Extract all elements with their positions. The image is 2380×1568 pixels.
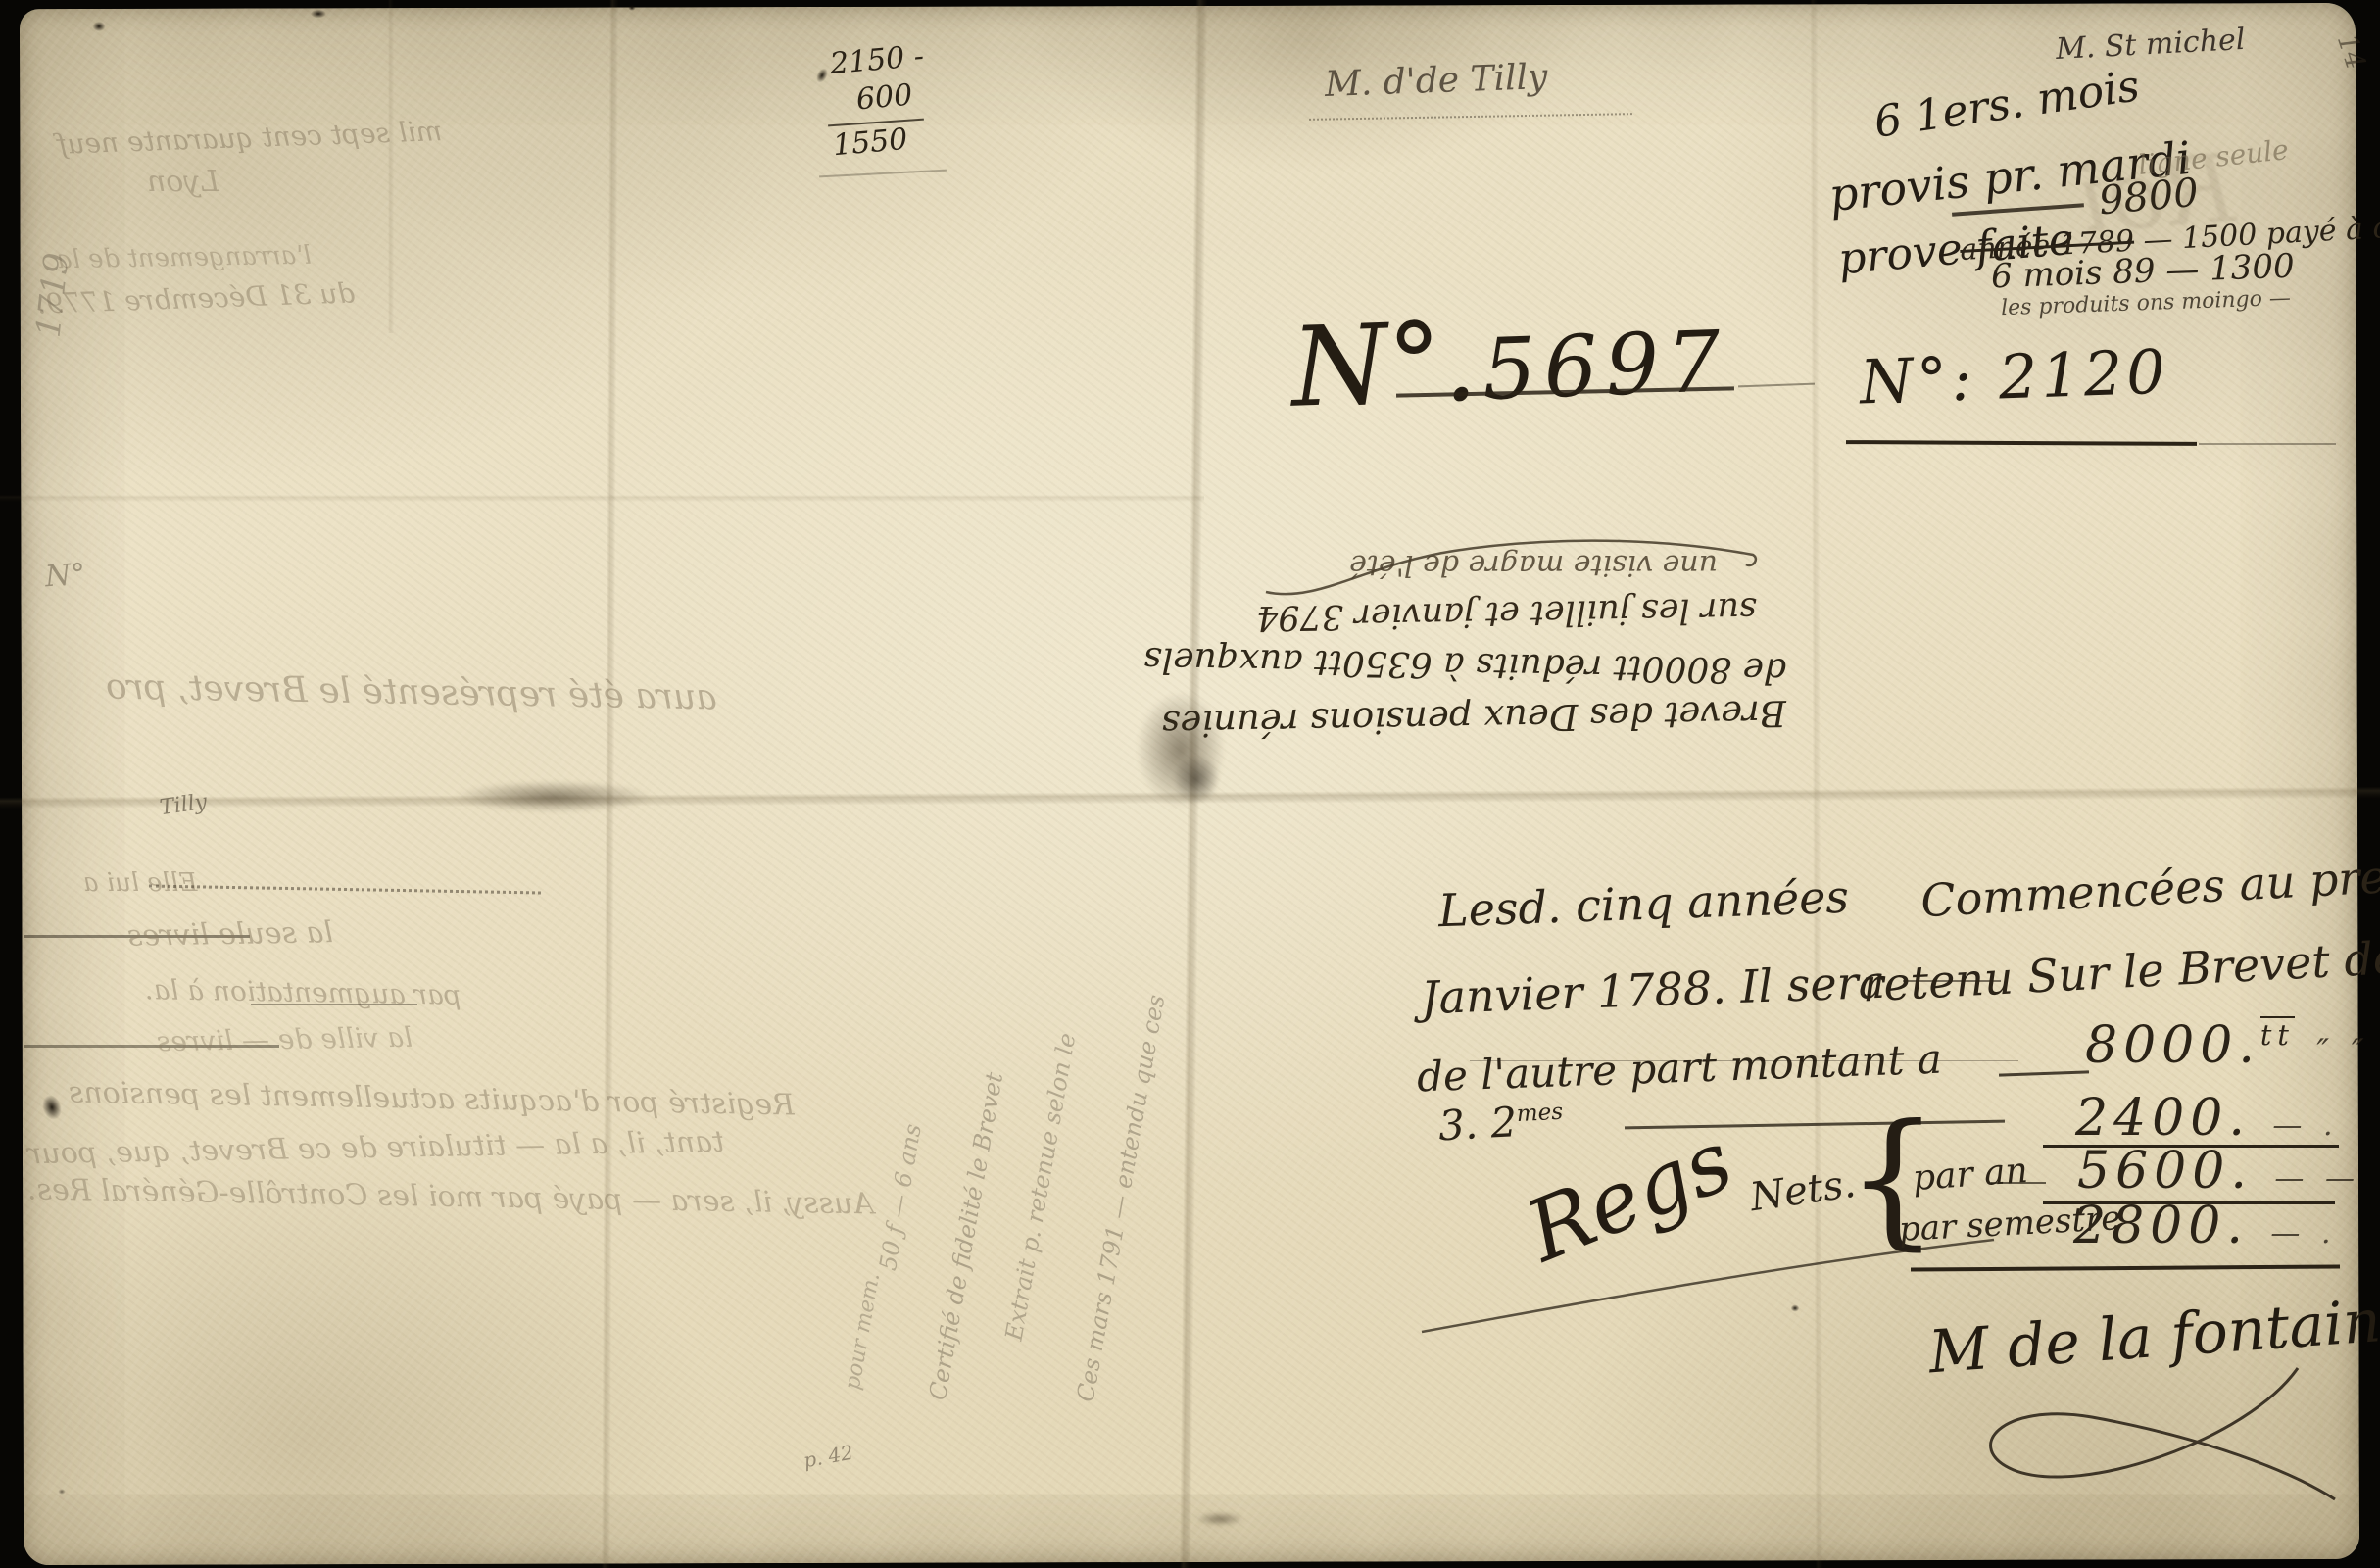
signature-flourish xyxy=(1945,1360,2356,1517)
bleed-line: Lyon xyxy=(147,167,219,198)
row4-sup: mes xyxy=(1516,1100,1564,1127)
fold-crease-horizontal-faint xyxy=(0,495,1204,502)
account-row3-ruled-line xyxy=(1470,1060,2018,1061)
bleed-line: la seule livres xyxy=(127,917,334,952)
account-amount-2400: 2400. — . xyxy=(2075,1092,2338,1146)
inverted-note-block: Brevet des Deux pensions réunies de 8000… xyxy=(1252,549,1786,736)
amount-8000-trail: ″ ″ xyxy=(2316,1032,2369,1071)
amount-5600-trail: — — xyxy=(2274,1161,2360,1196)
account-amount-2800: 2800. — . xyxy=(2073,1200,2336,1253)
amount-2400-trail: — . xyxy=(2272,1108,2338,1143)
ink-stain xyxy=(627,4,637,12)
inverted-line-3: sur les juillet et janvier 3794 xyxy=(1252,591,1758,636)
photo-background: 2150 - 600 1550 M. d'de Tilly M. St mich… xyxy=(0,0,2380,1568)
bleed-line: Elle lui a xyxy=(83,870,197,897)
account-per-year-label: par an xyxy=(1912,1152,2029,1198)
bleed-dash xyxy=(251,1004,417,1005)
annotation-amount-9800: 9800 xyxy=(2097,172,2200,222)
account-amount-5600: 5600. — — xyxy=(2077,1145,2360,1199)
fold-crease-vertical-upper xyxy=(388,0,394,333)
registry-no-value: 5697 xyxy=(1481,313,1729,419)
bleed-line: l'arrangement de la xyxy=(57,243,312,274)
amount-2800-value: 2800. xyxy=(2073,1197,2249,1255)
account-per-year-dash xyxy=(1991,1182,2046,1184)
sum-total: 1550 xyxy=(832,124,909,162)
registry-number-small: N°: 2120 xyxy=(1859,340,2170,415)
ink-stain xyxy=(308,8,329,20)
inverted-line-1: Brevet des Deux pensions réunies xyxy=(1252,693,1787,740)
registry-number-large: N°. 5697 xyxy=(1289,296,1729,426)
edge-no-label: N° xyxy=(44,560,86,593)
inverted-line-4: une visite magre de l'été xyxy=(1252,549,1718,580)
sum-line-2: 600 xyxy=(855,80,914,116)
registration-swash xyxy=(1416,1230,2004,1338)
inverted-line-2: de 8000tt réduits à 6350tt auxquels xyxy=(1252,642,1787,688)
registry-small-underline-tail xyxy=(2199,443,2336,445)
sum-line-1: 2150 - xyxy=(829,41,925,80)
registry-no-prefix: N°. xyxy=(1289,298,1480,432)
account-amount-8000: 8000.tt ″ ″ xyxy=(2085,1019,2370,1073)
amount-2400-value: 2400. xyxy=(2075,1089,2251,1148)
fold-smudge xyxy=(412,774,696,819)
amount-5600-value: 5600. xyxy=(2077,1142,2253,1200)
ink-stain xyxy=(1164,745,1229,813)
row4-label: 3. 2 xyxy=(1437,1098,1519,1150)
account-row2-dash xyxy=(1903,980,2001,982)
bleed-line: la ville de — livres xyxy=(157,1023,413,1056)
fold-smudge xyxy=(1186,1509,1254,1529)
ink-stain xyxy=(90,20,108,33)
amount-2800-trail: — . xyxy=(2270,1216,2336,1250)
amount-8000-sup: tt xyxy=(2260,1016,2295,1052)
ink-stain xyxy=(57,1488,67,1495)
account-row4-left: 3. 2mes xyxy=(1437,1099,1565,1149)
addressee-name: M. d'de Tilly xyxy=(1324,59,1548,104)
amount-8000-value: 8000. xyxy=(2085,1016,2260,1075)
